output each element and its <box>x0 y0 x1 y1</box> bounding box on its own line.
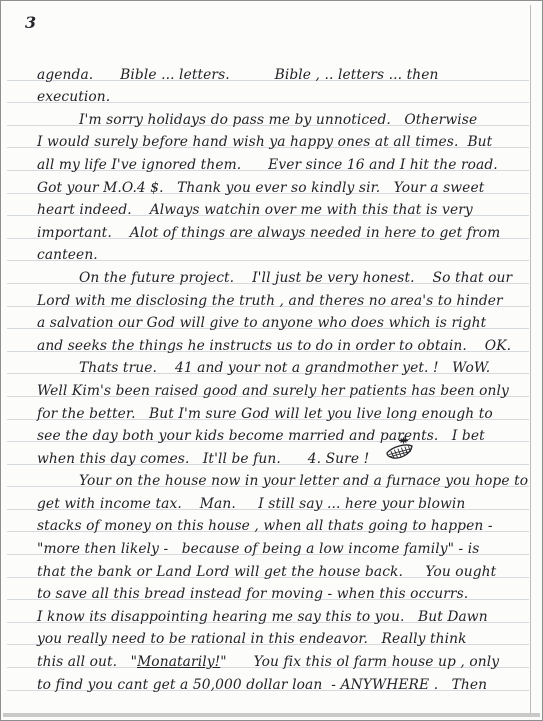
underlined-word: Monatarily! <box>137 654 220 670</box>
handwritten-line: On the future project. I'll just be very… <box>7 261 529 284</box>
scan-edge-shadow <box>3 713 540 717</box>
handwritten-line: to find you cant get a 50,000 dollar loa… <box>7 668 529 691</box>
handwritten-line: a salvation our God will give to anyone … <box>7 307 529 330</box>
handwritten-text: I know its disappointing hearing me say … <box>37 609 488 625</box>
handwritten-text: see the day both your kids become marrie… <box>37 428 485 444</box>
handwritten-line: heart indeed. Always watchin over me wit… <box>7 194 529 217</box>
handwritten-text: Lord with me disclosing the truth , and … <box>37 293 503 309</box>
handwritten-text: this all out. "Monatarily!" You fix this… <box>37 654 499 670</box>
handwritten-text: Well Kim's been raised good and surely h… <box>37 383 509 399</box>
handwriting-area: agenda. Bible ... letters. Bible , .. le… <box>7 58 529 691</box>
letter-page: 3 agenda. Bible ... letters. Bible , .. … <box>0 0 543 721</box>
handwritten-line: Lord with me disclosing the truth , and … <box>7 284 529 307</box>
handwritten-text: a salvation our God will give to anyone … <box>37 315 486 331</box>
handwritten-line: stacks of money on this house , when all… <box>7 510 529 533</box>
handwritten-text: I would surely before hand wish ya happy… <box>37 134 492 150</box>
handwritten-text: stacks of money on this house , when all… <box>37 518 493 534</box>
handwritten-line: you really need to be rational in this e… <box>7 623 529 646</box>
handwritten-line: agenda. Bible ... letters. Bible , .. le… <box>7 58 529 81</box>
handwritten-line: Well Kim's been raised good and surely h… <box>7 374 529 397</box>
handwritten-text: and seeks the things he instructs us to … <box>37 338 511 354</box>
handwritten-line: when this day comes. It'll be fun. 4. Su… <box>7 442 529 465</box>
handwritten-line: Thats true. 41 and your not a grandmothe… <box>7 352 529 375</box>
handwritten-line: all my life I've ignored them. Ever sinc… <box>7 148 529 171</box>
handwritten-text: On the future project. I'll just be very… <box>79 270 512 286</box>
handwritten-text: to find you cant get a 50,000 dollar loa… <box>37 677 487 693</box>
handwritten-line: canteen. <box>7 239 529 262</box>
paper-edge <box>530 5 531 714</box>
handwritten-line: Your on the house now in your letter and… <box>7 465 529 488</box>
handwritten-line: execution. <box>7 81 529 104</box>
handwritten-text: you really need to be rational in this e… <box>37 631 467 647</box>
grin-doodle-icon <box>385 437 415 462</box>
handwritten-text: canteen. <box>37 247 98 263</box>
handwritten-text: Thats true. 41 and your not a grandmothe… <box>79 360 490 376</box>
handwritten-line: I'm sorry holidays do pass me by unnotic… <box>7 103 529 126</box>
handwritten-text: execution. <box>37 89 110 105</box>
handwritten-text: all my life I've ignored them. Ever sinc… <box>37 157 498 173</box>
handwritten-line: I know its disappointing hearing me say … <box>7 600 529 623</box>
handwritten-line: I would surely before hand wish ya happy… <box>7 126 529 149</box>
handwritten-text: I'm sorry holidays do pass me by unnotic… <box>79 112 477 128</box>
handwritten-text: heart indeed. Always watchin over me wit… <box>37 202 473 218</box>
handwritten-line: to save all this bread instead for movin… <box>7 578 529 601</box>
handwritten-line: Got your M.O.4 $. Thank you ever so kind… <box>7 171 529 194</box>
handwritten-text: for the better. But I'm sure God will le… <box>37 406 493 422</box>
handwritten-line: that the bank or Land Lord will get the … <box>7 555 529 578</box>
handwritten-text: "more then likely - because of being a l… <box>37 541 479 557</box>
handwritten-line: and seeks the things he instructs us to … <box>7 329 529 352</box>
handwritten-text: get with income tax. Man. I still say ..… <box>37 496 465 512</box>
handwritten-line: for the better. But I'm sure God will le… <box>7 397 529 420</box>
handwritten-line: this all out. "Monatarily!" You fix this… <box>7 645 529 668</box>
handwritten-text: that the bank or Land Lord will get the … <box>37 564 496 580</box>
page-number: 3 <box>25 13 36 32</box>
handwritten-text: when this day comes. It'll be fun. 4. Su… <box>37 451 369 467</box>
handwritten-text: Your on the house now in your letter and… <box>79 473 528 489</box>
handwritten-text: to save all this bread instead for movin… <box>37 586 468 602</box>
handwritten-text: important. Alot of things are always nee… <box>37 225 500 241</box>
handwritten-line: see the day both your kids become marrie… <box>7 420 529 443</box>
handwritten-line: get with income tax. Man. I still say ..… <box>7 487 529 510</box>
handwritten-text: Got your M.O.4 $. Thank you ever so kind… <box>37 180 484 196</box>
handwritten-line: important. Alot of things are always nee… <box>7 216 529 239</box>
handwritten-line: "more then likely - because of being a l… <box>7 532 529 555</box>
handwritten-text: agenda. Bible ... letters. Bible , .. le… <box>37 67 439 83</box>
